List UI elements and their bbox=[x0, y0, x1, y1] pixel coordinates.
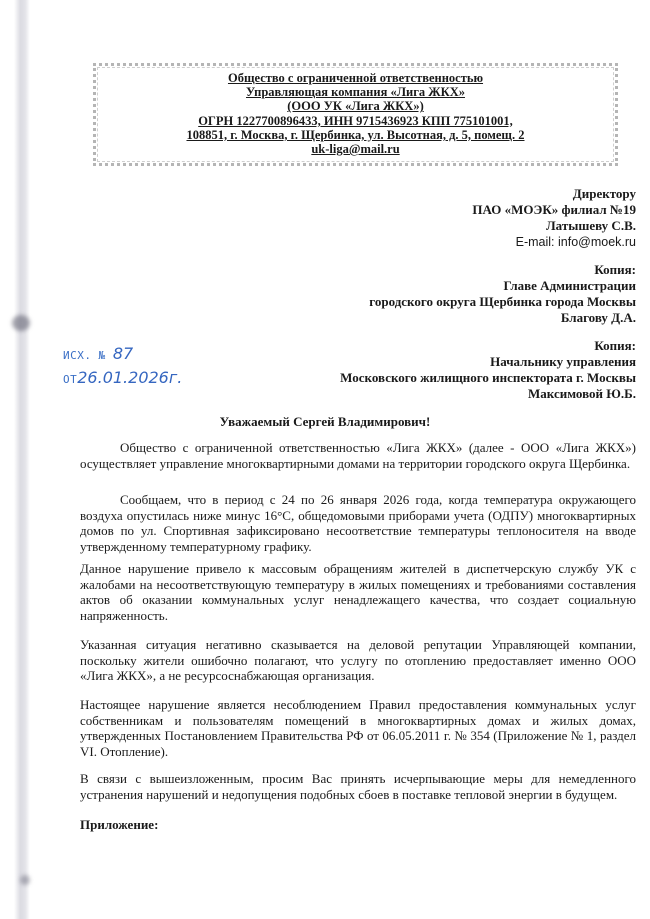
appendix-label: Приложение: bbox=[80, 817, 158, 833]
paragraph-consequences: Данное нарушение привело к массовым обра… bbox=[80, 561, 636, 623]
outgoing-date: ОТ26.01.2026г. bbox=[63, 367, 182, 391]
company-type: Управляющая компания «Лига ЖКХ» bbox=[96, 85, 615, 99]
letterhead-box: Общество с ограниченной ответственностью… bbox=[93, 63, 618, 166]
company-full-name: Общество с ограниченной ответственностью bbox=[96, 71, 615, 85]
outgoing-number: ИСХ. № 87 bbox=[63, 343, 182, 367]
copy-name: Благову Д.А. bbox=[369, 310, 636, 326]
recipient-name: Латышеву С.В. bbox=[472, 218, 636, 234]
company-registration: ОГРН 1227700896433, ИНН 9715436923 КПП 7… bbox=[96, 114, 615, 128]
outgoing-number-value: 87 bbox=[113, 344, 133, 363]
paragraph-reputation: Указанная ситуация негативно сказывается… bbox=[80, 637, 636, 684]
paragraph-intro: Общество с ограниченной ответственностью… bbox=[80, 440, 636, 471]
outgoing-number-label: ИСХ. № bbox=[63, 349, 106, 362]
outgoing-number-stamp: ИСХ. № 87 ОТ26.01.2026г. bbox=[63, 343, 182, 391]
copy-label: Копия: bbox=[369, 262, 636, 278]
recipient-main: Директору ПАО «МОЭК» филиал №19 Латышеву… bbox=[472, 186, 636, 250]
company-short-name: (ООО УК «Лига ЖКХ») bbox=[96, 99, 615, 113]
paragraph-incident: Сообщаем, что в период с 24 по 26 января… bbox=[80, 492, 636, 554]
recipient-organization: ПАО «МОЭК» филиал №19 bbox=[472, 202, 636, 218]
scan-blot bbox=[12, 315, 30, 331]
outgoing-date-label: ОТ bbox=[63, 373, 77, 386]
scan-shadow bbox=[14, 0, 30, 919]
scan-blot bbox=[20, 875, 30, 885]
recipient-title: Директору bbox=[472, 186, 636, 202]
outgoing-date-value: 26.01.2026г. bbox=[77, 368, 182, 387]
copy-organization: городского округа Щербинка города Москвы bbox=[369, 294, 636, 310]
copy-title: Начальнику управления bbox=[340, 354, 636, 370]
copy-title: Главе Администрации bbox=[369, 278, 636, 294]
recipient-email[interactable]: E-mail: info@moek.ru bbox=[472, 234, 636, 250]
recipient-copy-inspectorate: Копия: Начальнику управления Московского… bbox=[340, 338, 636, 402]
salutation: Уважаемый Сергей Владимирович! bbox=[0, 414, 650, 430]
recipient-copy-administration: Копия: Главе Администрации городского ок… bbox=[369, 262, 636, 326]
company-address: 108851, г. Москва, г. Щербинка, ул. Высо… bbox=[96, 128, 615, 142]
copy-label: Копия: bbox=[340, 338, 636, 354]
company-email[interactable]: uk-liga@mail.ru bbox=[96, 142, 615, 156]
copy-name: Максимовой Ю.Б. bbox=[340, 386, 636, 402]
letterhead: Общество с ограниченной ответственностью… bbox=[96, 71, 615, 156]
paragraph-legal-basis: Настоящее нарушение является несоблюдени… bbox=[80, 697, 636, 759]
paragraph-request: В связи с вышеизложенным, просим Вас при… bbox=[80, 771, 636, 802]
copy-organization: Московского жилищного инспектората г. Мо… bbox=[340, 370, 636, 386]
